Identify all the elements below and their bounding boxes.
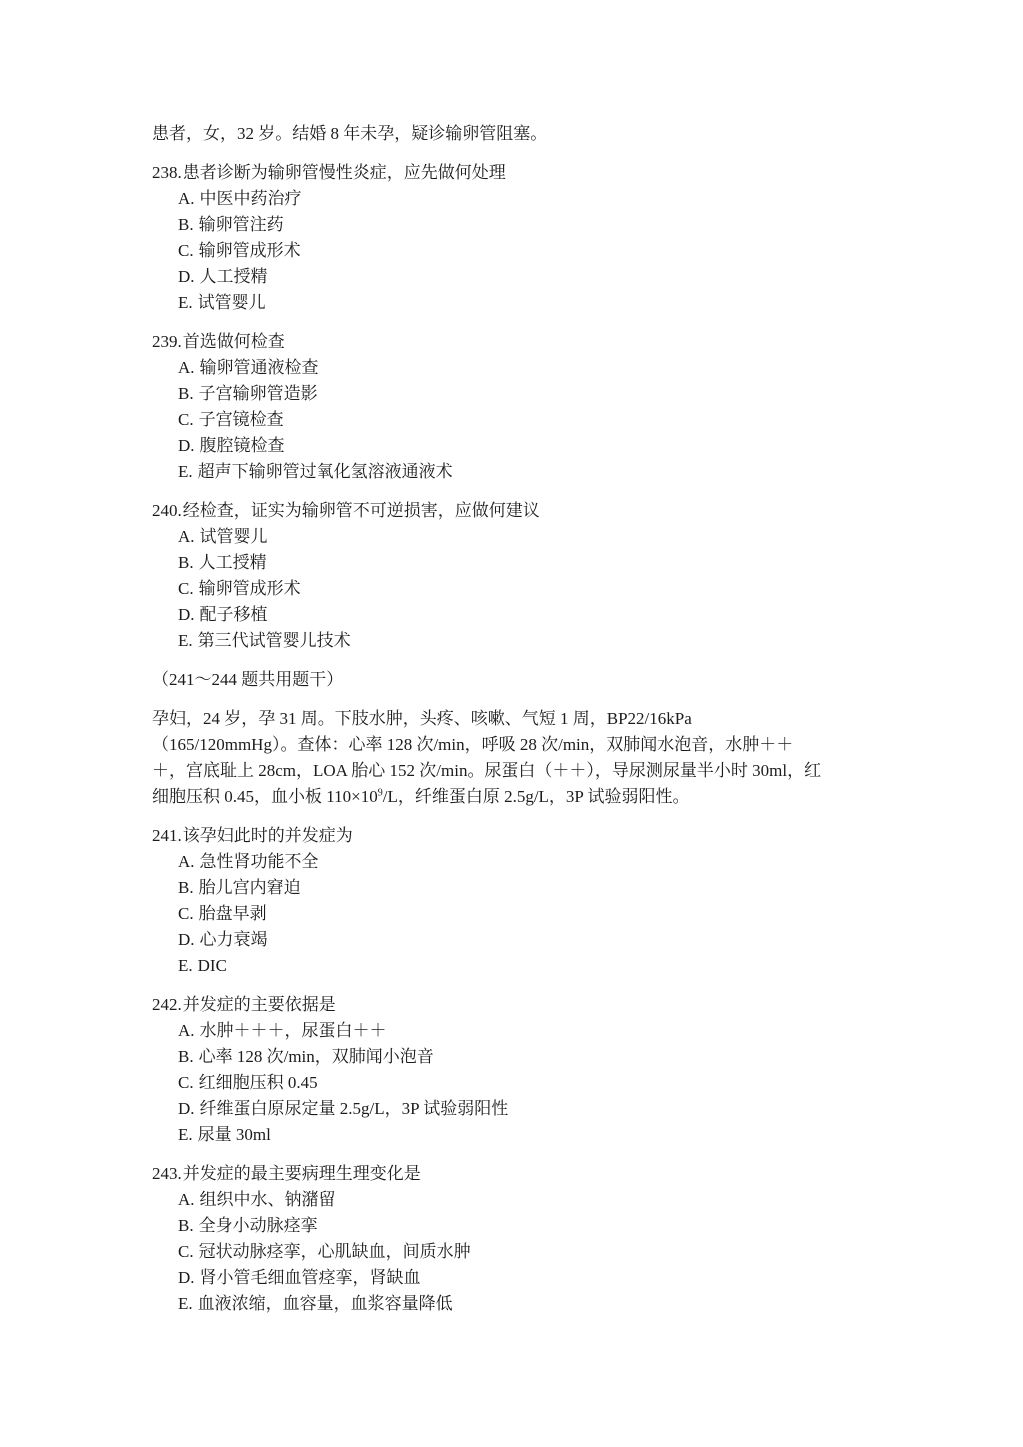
option-B: B.胎儿宫内窘迫 [152, 875, 895, 901]
question-heading: 239.首选做何检查 [152, 329, 895, 355]
option-text: 子宫镜检查 [199, 410, 284, 429]
option-text: 试管婴儿 [198, 293, 266, 312]
option-letter: C. [178, 241, 194, 260]
shared-stem-header: （241～244 题共用题干） [152, 667, 895, 693]
option-text: 胎儿宫内窘迫 [199, 878, 301, 897]
option-A: A.水肿＋＋＋，尿蛋白＋＋ [152, 1018, 895, 1044]
option-text: 心率 128 次/min，双肺闻小泡音 [199, 1047, 434, 1066]
option-A: A.组织中水、钠潴留 [152, 1187, 895, 1213]
question-239: 239.首选做何检查 A.输卵管通液检查B.子宫输卵管造影C.子宫镜检查D.腹腔… [152, 329, 895, 485]
options-list: A.组织中水、钠潴留B.全身小动脉痉挛C.冠状动脉痉挛，心肌缺血，间质水肿D.肾… [152, 1187, 895, 1317]
option-text: 腹腔镜检查 [200, 436, 285, 455]
question-heading: 243.并发症的最主要病理生理变化是 [152, 1161, 895, 1187]
option-letter: D. [178, 930, 195, 949]
option-E: E.DIC [152, 953, 895, 979]
option-text: 配子移植 [200, 605, 268, 624]
option-D: D.纤维蛋白原尿定量 2.5g/L，3P 试验弱阳性 [152, 1096, 895, 1122]
option-letter: C. [178, 1073, 194, 1092]
option-text: 心力衰竭 [200, 930, 268, 949]
option-E: E.超声下输卵管过氧化氢溶液通液术 [152, 459, 895, 485]
option-text: 试管婴儿 [200, 527, 268, 546]
option-C: C.输卵管成形术 [152, 238, 895, 264]
option-letter: C. [178, 410, 194, 429]
question-240: 240.经检查，证实为输卵管不可逆损害，应做何建议 A.试管婴儿B.人工授精C.… [152, 498, 895, 654]
stem-text-post: /L，纤维蛋白原 2.5g/L，3P 试验弱阳性。 [383, 787, 690, 806]
question-number: 241. [152, 826, 182, 845]
option-text: DIC [198, 956, 227, 975]
options-list: A.试管婴儿B.人工授精C.输卵管成形术D.配子移植E.第三代试管婴儿技术 [152, 524, 895, 654]
option-text: 胎盘早剥 [199, 904, 267, 923]
option-B: B.人工授精 [152, 550, 895, 576]
options-list: A.水肿＋＋＋，尿蛋白＋＋B.心率 128 次/min，双肺闻小泡音C.红细胞压… [152, 1018, 895, 1148]
question-number: 240. [152, 501, 182, 520]
option-B: B.心率 128 次/min，双肺闻小泡音 [152, 1044, 895, 1070]
option-D: D.人工授精 [152, 264, 895, 290]
question-heading: 241.该孕妇此时的并发症为 [152, 823, 895, 849]
stem-text-pre: 细胞压积 0.45，血小板 110×10 [152, 787, 378, 806]
options-list: A.中医中药治疗B.输卵管注药C.输卵管成形术D.人工授精E.试管婴儿 [152, 186, 895, 316]
option-D: D.配子移植 [152, 602, 895, 628]
question-heading: 238.患者诊断为输卵管慢性炎症，应先做何处理 [152, 160, 895, 186]
question-heading: 242.并发症的主要依据是 [152, 992, 895, 1018]
question-title: 该孕妇此时的并发症为 [183, 826, 353, 845]
case-stem-line-3: ＋，宫底耻上 28cm，LOA 胎心 152 次/min。尿蛋白（＋＋），导尿测… [152, 758, 895, 784]
option-text: 急性肾功能不全 [200, 852, 319, 871]
option-letter: C. [178, 904, 194, 923]
option-text: 第三代试管婴儿技术 [198, 631, 351, 650]
option-letter: E. [178, 462, 193, 481]
option-C: C.红细胞压积 0.45 [152, 1070, 895, 1096]
option-text: 尿量 30ml [198, 1125, 271, 1144]
option-letter: B. [178, 215, 194, 234]
option-text: 输卵管通液检查 [200, 358, 319, 377]
option-text: 组织中水、钠潴留 [200, 1190, 336, 1209]
option-text: 水肿＋＋＋，尿蛋白＋＋ [200, 1021, 387, 1040]
option-letter: E. [178, 631, 193, 650]
option-text: 纤维蛋白原尿定量 2.5g/L，3P 试验弱阳性 [200, 1099, 509, 1118]
question-heading: 240.经检查，证实为输卵管不可逆损害，应做何建议 [152, 498, 895, 524]
question-title: 并发症的主要依据是 [183, 995, 336, 1014]
option-E: E.血液浓缩，血容量，血浆容量降低 [152, 1291, 895, 1317]
option-letter: A. [178, 1190, 195, 1209]
option-E: E.第三代试管婴儿技术 [152, 628, 895, 654]
exam-document-page: 患者，女，32 岁。结婚 8 年未孕，疑诊输卵管阻塞。 238.患者诊断为输卵管… [0, 0, 1023, 1447]
option-letter: B. [178, 384, 194, 403]
option-A: A.输卵管通液检查 [152, 355, 895, 381]
option-text: 红细胞压积 0.45 [199, 1073, 318, 1092]
option-text: 血液浓缩，血容量，血浆容量降低 [198, 1294, 453, 1313]
option-text: 冠状动脉痉挛，心肌缺血，间质水肿 [199, 1242, 471, 1261]
option-text: 子宫输卵管造影 [199, 384, 318, 403]
option-D: D.心力衰竭 [152, 927, 895, 953]
option-text: 输卵管成形术 [199, 241, 301, 260]
option-letter: D. [178, 267, 195, 286]
question-title: 患者诊断为输卵管慢性炎症，应先做何处理 [183, 163, 506, 182]
option-text: 超声下输卵管过氧化氢溶液通液术 [198, 462, 453, 481]
case-stem-paragraph: 孕妇，24 岁，孕 31 周。下肢水肿，头疼、咳嗽、气短 1 周，BP22/16… [152, 706, 895, 810]
option-B: B.子宫输卵管造影 [152, 381, 895, 407]
case-intro-stem: 患者，女，32 岁。结婚 8 年未孕，疑诊输卵管阻塞。 [152, 121, 895, 147]
options-list: A.急性肾功能不全B.胎儿宫内窘迫C.胎盘早剥D.心力衰竭E.DIC [152, 849, 895, 979]
question-number: 243. [152, 1164, 182, 1183]
option-letter: B. [178, 1047, 194, 1066]
option-letter: B. [178, 553, 194, 572]
option-text: 人工授精 [200, 267, 268, 286]
question-238: 238.患者诊断为输卵管慢性炎症，应先做何处理 A.中医中药治疗B.输卵管注药C… [152, 160, 895, 316]
option-E: E.尿量 30ml [152, 1122, 895, 1148]
option-A: A.中医中药治疗 [152, 186, 895, 212]
option-letter: E. [178, 1294, 193, 1313]
option-letter: E. [178, 956, 193, 975]
question-number: 239. [152, 332, 182, 351]
question-241: 241.该孕妇此时的并发症为 A.急性肾功能不全B.胎儿宫内窘迫C.胎盘早剥D.… [152, 823, 895, 979]
option-C: C.子宫镜检查 [152, 407, 895, 433]
option-E: E.试管婴儿 [152, 290, 895, 316]
option-letter: A. [178, 189, 195, 208]
option-letter: B. [178, 1216, 194, 1235]
option-letter: D. [178, 605, 195, 624]
option-B: B.输卵管注药 [152, 212, 895, 238]
option-letter: B. [178, 878, 194, 897]
option-text: 肾小管毛细血管痉挛，肾缺血 [200, 1268, 421, 1287]
option-letter: A. [178, 358, 195, 377]
option-text: 中医中药治疗 [200, 189, 302, 208]
option-letter: D. [178, 436, 195, 455]
question-title: 首选做何检查 [183, 332, 285, 351]
question-243: 243.并发症的最主要病理生理变化是 A.组织中水、钠潴留B.全身小动脉痉挛C.… [152, 1161, 895, 1317]
option-letter: A. [178, 527, 195, 546]
option-letter: A. [178, 1021, 195, 1040]
option-letter: C. [178, 579, 194, 598]
option-letter: E. [178, 293, 193, 312]
case-stem-line-4: 细胞压积 0.45，血小板 110×109/L，纤维蛋白原 2.5g/L，3P … [152, 784, 895, 810]
option-C: C.胎盘早剥 [152, 901, 895, 927]
question-number: 242. [152, 995, 182, 1014]
option-letter: E. [178, 1125, 193, 1144]
option-text: 输卵管成形术 [199, 579, 301, 598]
option-D: D.肾小管毛细血管痉挛，肾缺血 [152, 1265, 895, 1291]
questions-group-after-stem: 241.该孕妇此时的并发症为 A.急性肾功能不全B.胎儿宫内窘迫C.胎盘早剥D.… [152, 823, 895, 1317]
question-242: 242.并发症的主要依据是 A.水肿＋＋＋，尿蛋白＋＋B.心率 128 次/mi… [152, 992, 895, 1148]
option-D: D.腹腔镜检查 [152, 433, 895, 459]
option-C: C.输卵管成形术 [152, 576, 895, 602]
question-number: 238. [152, 163, 182, 182]
option-A: A.试管婴儿 [152, 524, 895, 550]
option-letter: D. [178, 1099, 195, 1118]
option-C: C.冠状动脉痉挛，心肌缺血，间质水肿 [152, 1239, 895, 1265]
case-stem-line-2: （165/120mmHg）。查体：心率 128 次/min，呼吸 28 次/mi… [152, 732, 895, 758]
option-text: 输卵管注药 [199, 215, 284, 234]
option-B: B.全身小动脉痉挛 [152, 1213, 895, 1239]
question-title: 并发症的最主要病理生理变化是 [183, 1164, 421, 1183]
option-text: 人工授精 [199, 553, 267, 572]
option-A: A.急性肾功能不全 [152, 849, 895, 875]
options-list: A.输卵管通液检查B.子宫输卵管造影C.子宫镜检查D.腹腔镜检查E.超声下输卵管… [152, 355, 895, 485]
option-letter: D. [178, 1268, 195, 1287]
option-letter: C. [178, 1242, 194, 1261]
case-stem-line-1: 孕妇，24 岁，孕 31 周。下肢水肿，头疼、咳嗽、气短 1 周，BP22/16… [152, 706, 895, 732]
questions-group-before-stem: 238.患者诊断为输卵管慢性炎症，应先做何处理 A.中医中药治疗B.输卵管注药C… [152, 160, 895, 654]
question-title: 经检查，证实为输卵管不可逆损害，应做何建议 [183, 501, 540, 520]
option-text: 全身小动脉痉挛 [199, 1216, 318, 1235]
option-letter: A. [178, 852, 195, 871]
